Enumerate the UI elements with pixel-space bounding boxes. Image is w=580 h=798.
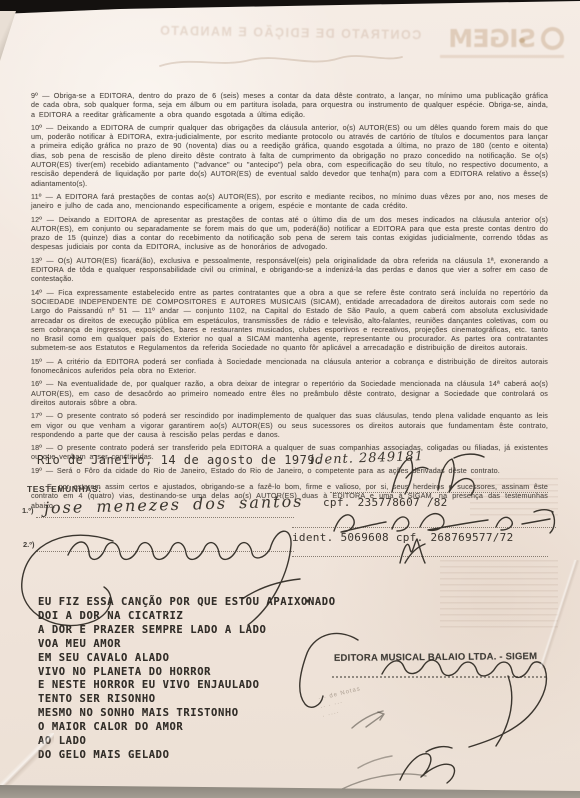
bottom-signatures xyxy=(328,744,503,796)
clause-separator: — xyxy=(46,466,53,475)
clause-number: 9º xyxy=(31,91,38,100)
clause-separator: — xyxy=(46,357,53,366)
lyrics-line: MESMO NO SONHO MAIS TRISTONHO xyxy=(38,707,336,721)
lyrics-line: EU FIZ ESSA CANÇÃO POR QUE ESTOU APAIXON… xyxy=(38,596,336,610)
lyrics-line: O MAIOR CALOR DO AMOR xyxy=(38,721,336,735)
bleedthrough-handwriting xyxy=(150,48,410,74)
paper-sheet: CONTRATO DE EDIÇÃO E MANDATO SIGEM 9º — … xyxy=(0,0,580,798)
initials-signature xyxy=(396,536,430,566)
clause-separator: — xyxy=(47,215,54,224)
lyrics-line: EM SEU CAVALO ALADO xyxy=(38,652,336,666)
bleedthrough-text-block xyxy=(440,560,558,630)
clause-text: Deixando a EDITORA de apresentar as pres… xyxy=(31,215,548,252)
lyrics-line: TENTO SER RISONHO xyxy=(38,693,336,707)
clause-number: 18º xyxy=(31,443,42,452)
clause-text: O(s) AUTOR(ES) ficará(ão), exclusiva e p… xyxy=(31,256,548,284)
clause-text: A EDITORA fará prestações de contas ao(s… xyxy=(31,192,548,210)
clause-separator: — xyxy=(46,123,53,132)
author-signature xyxy=(382,452,492,500)
clause-number: 19º xyxy=(31,466,42,475)
lyrics-line: E NESTE HORROR EU VIVO ENJAULADO xyxy=(38,679,336,693)
paper-stain xyxy=(519,38,525,43)
clause-text: O presente contrato só poderá ser rescin… xyxy=(31,411,548,439)
song-lyrics: EU FIZ ESSA CANÇÃO POR QUE ESTOU APAIXON… xyxy=(38,596,336,763)
clause-text: Na eventualidade de, por qualquer razão,… xyxy=(31,379,548,407)
clause-9: 9º — Obriga-se a EDITORA, dentro do praz… xyxy=(31,91,548,119)
clause-separator: — xyxy=(46,443,53,452)
clause-separator: — xyxy=(46,256,53,265)
clause-separator: — xyxy=(46,192,53,201)
clause-11: 11º — A EDITORA fará prestações de conta… xyxy=(31,192,548,211)
clause-15: 15º — A critério da EDITORA poderá ser c… xyxy=(31,357,548,376)
clause-separator: — xyxy=(46,411,53,420)
clause-12: 12º — Deixando a EDITORA de apresentar a… xyxy=(31,215,548,252)
clause-separator: — xyxy=(46,379,53,388)
clause-number: 12º xyxy=(31,215,42,224)
clause-14: 14º — Fica expressamente estabelecido en… xyxy=(31,288,548,353)
sigem-logo-caption-bar xyxy=(440,55,564,58)
contract-clauses: 9º — Obriga-se a EDITORA, dentro do praz… xyxy=(31,91,548,514)
lyrics-line: DOI A DOR NA CICATRIZ xyxy=(38,610,336,624)
clause-16: 16º — Na eventualidade de, por qualquer … xyxy=(31,379,548,407)
notary-check-marks xyxy=(348,708,392,734)
clause-number: 17º xyxy=(31,411,42,420)
clause-10: 10º — Deixando a EDITORA de cumprir qual… xyxy=(31,123,548,188)
clause-text: Deixando a EDITORA de cumprir qualquer d… xyxy=(31,123,548,188)
publisher-representative-signature xyxy=(326,504,560,538)
lyrics-line: AO LADO xyxy=(38,735,336,749)
clause-text: A critério da EDITORA poderá ser confiad… xyxy=(31,357,548,375)
clause-number: 15º xyxy=(31,357,42,366)
clause-number: 10º xyxy=(31,123,42,132)
clause-number: 13º xyxy=(31,256,42,265)
clause-separator: — xyxy=(47,288,54,297)
clause-number: 11º xyxy=(31,192,42,201)
lyrics-line: A DOR E PRAZER SEMPRE LADO A LADO xyxy=(38,624,336,638)
clause-separator: — xyxy=(42,91,49,100)
sigem-logo-mark-icon xyxy=(541,27,564,50)
lyrics-line: DO GELO MAIS GELADO xyxy=(38,749,336,763)
clause-number: 16º xyxy=(31,379,42,388)
witnesses-label: TESTEMUNHAS: xyxy=(27,484,102,494)
clause-text: Fica expressamente estabelecido entre as… xyxy=(31,288,548,353)
bleedthrough-sigem-logo: SIGEM xyxy=(432,24,564,58)
lyrics-line: VOA MEU AMOR xyxy=(38,638,336,652)
scanned-contract-page: CONTRATO DE EDIÇÃO E MANDATO SIGEM 9º — … xyxy=(0,0,580,798)
clause-13: 13º — O(s) AUTOR(ES) ficará(ão), exclusi… xyxy=(31,256,548,284)
clause-17: 17º — O presente contrato só poderá ser … xyxy=(31,411,548,439)
dateline: Rio de Janeiro, 14 de agosto de 1979. xyxy=(37,453,323,467)
clause-text: Obriga-se a EDITORA, dentro do prazo de … xyxy=(31,91,548,119)
clause-number: 14º xyxy=(31,288,42,297)
lyrics-line: VIVO NO PLANETA DO HORROR xyxy=(38,666,336,680)
bleedthrough-title-mirrored: CONTRATO DE EDIÇÃO E MANDATO xyxy=(140,23,440,42)
paper-stain xyxy=(356,95,359,98)
